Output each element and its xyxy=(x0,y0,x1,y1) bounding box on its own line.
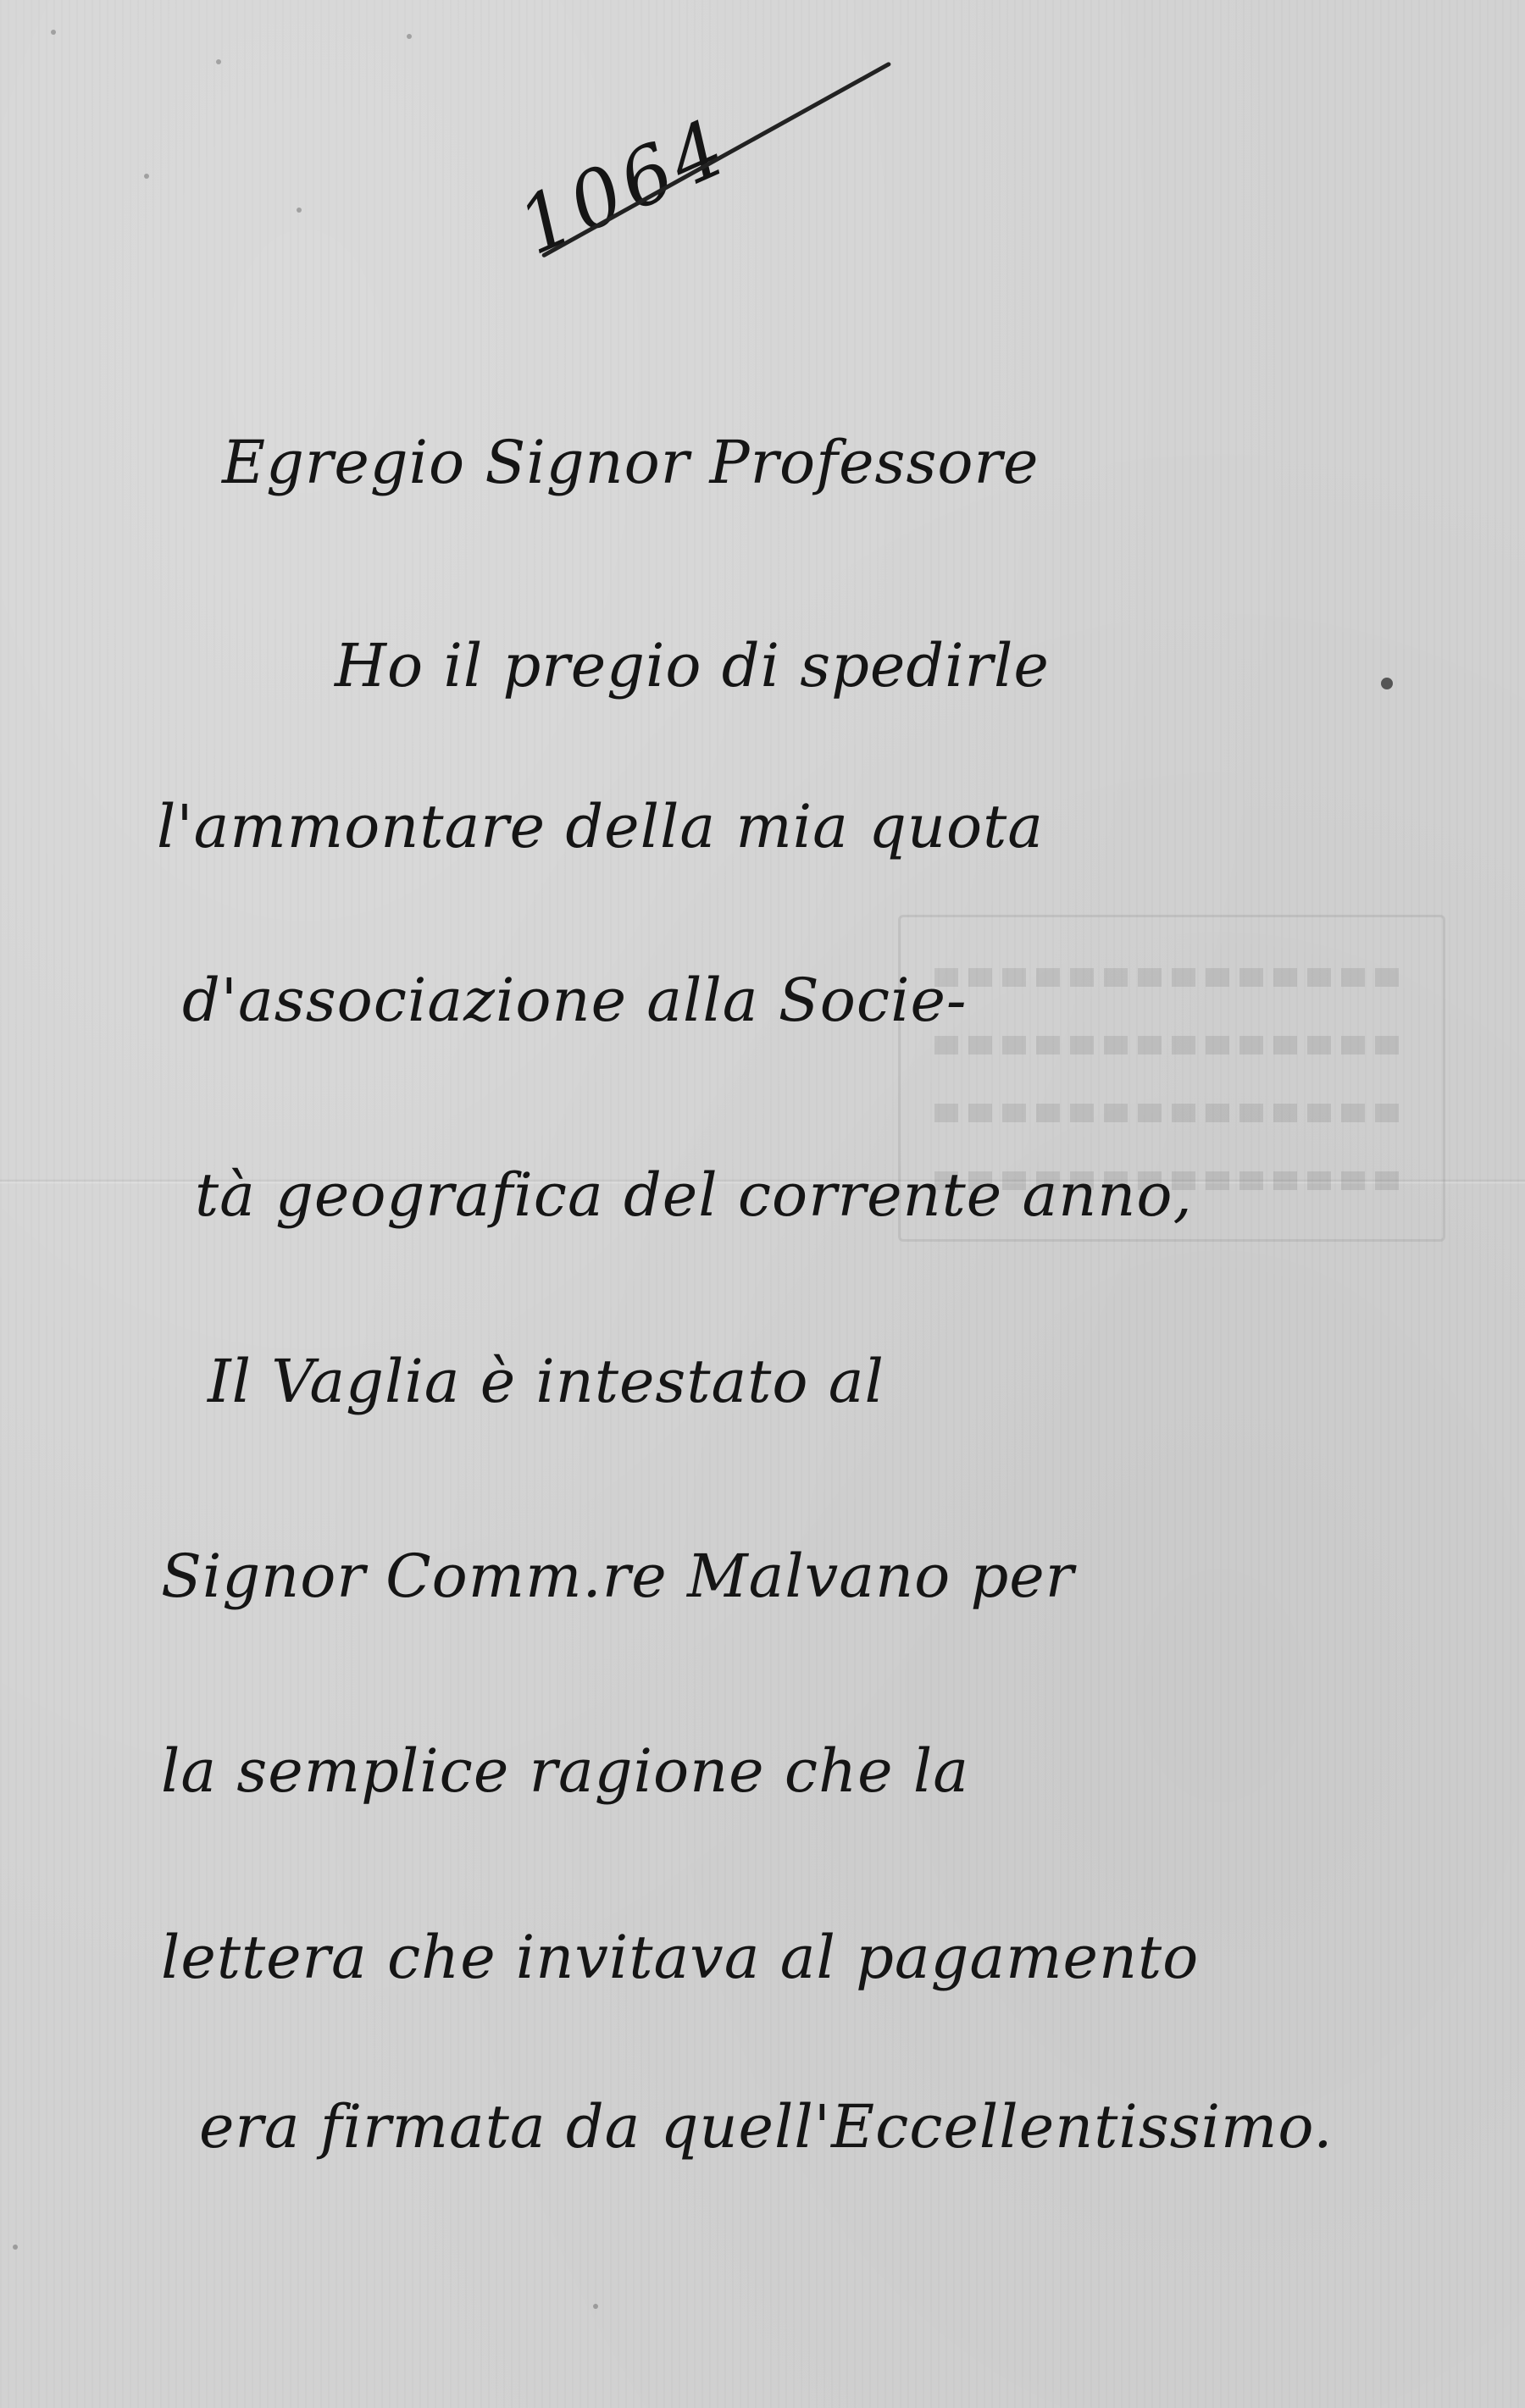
letter-line: tà geografica del corrente anno, xyxy=(195,1160,1193,1230)
letter-page: 1064 Egregio Signor Professore Ho il pre… xyxy=(0,0,1525,2408)
salutation: Egregio Signor Professore xyxy=(222,428,1039,497)
paper-speck xyxy=(407,34,412,39)
letter-line: lettera che invitava al pagamento xyxy=(161,1923,1199,1992)
paper-speck xyxy=(13,2245,18,2250)
paper-speck xyxy=(593,2304,598,2309)
paper-speck xyxy=(216,59,221,64)
paper-speck xyxy=(297,208,302,213)
letter-line: Signor Comm.re Malvano per xyxy=(161,1542,1074,1611)
letter-line: Il Vaglia è intestato al xyxy=(208,1347,884,1416)
ink-dot-mark xyxy=(1381,678,1393,689)
document-reference-number: 1064 xyxy=(505,101,741,273)
letter-line: la semplice ragione che la xyxy=(161,1736,969,1806)
paper-speck xyxy=(51,30,56,35)
letter-line: Ho il pregio di spedirle xyxy=(335,631,1050,700)
paper-speck xyxy=(144,174,149,179)
letter-line: d'associazione alla Socie- xyxy=(182,966,968,1035)
letter-line: l'ammontare della mia quota xyxy=(157,792,1044,861)
letter-line: era firmata da quell'Eccellentissimo. xyxy=(199,2092,1334,2162)
